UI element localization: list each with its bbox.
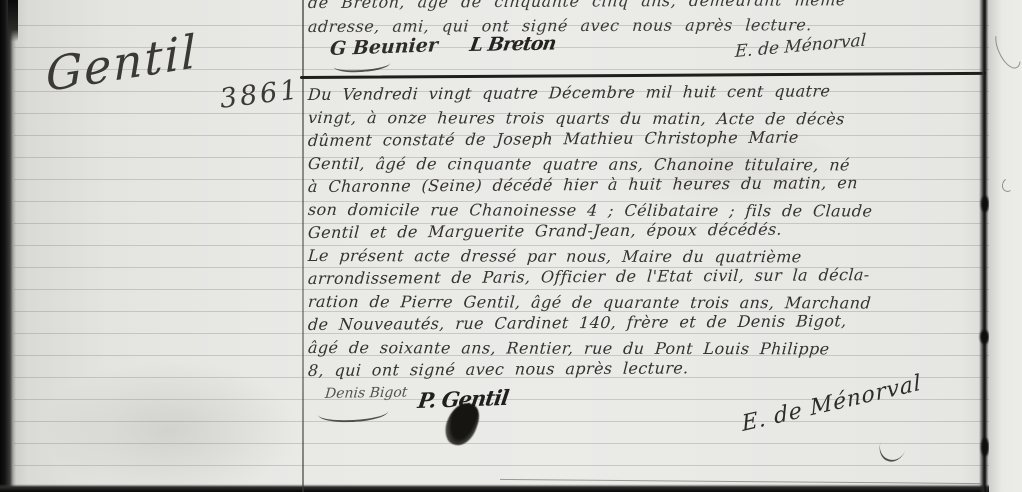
act-line: son domicile rue Chanoinesse 4 ; Célibat… bbox=[307, 200, 873, 220]
bottom-page-edge bbox=[0, 484, 1022, 492]
register-scan: Gentil 3861 de Breton, âgé de cinquante … bbox=[0, 0, 1022, 492]
act-separator-line bbox=[300, 72, 986, 79]
act-line: de Nouveautés, rue Cardinet 140, frère e… bbox=[307, 311, 847, 334]
margin-surname: Gentil bbox=[46, 24, 199, 103]
signature-beunier: G Beunier bbox=[329, 34, 438, 60]
act-line: vingt, à onze heures trois quarts du mat… bbox=[307, 108, 845, 128]
act-line: Du Vendredi vingt quatre Décembre mil hu… bbox=[307, 81, 831, 104]
margin-act-number: 3861 bbox=[218, 74, 302, 115]
margin-rule-line bbox=[302, 0, 304, 492]
page-fold-edge bbox=[979, 0, 989, 492]
act-line: Gentil et de Marguerite Grand-Jean, épou… bbox=[307, 220, 782, 242]
binding-ink-mark bbox=[8, 0, 18, 42]
previous-act-line: de Breton, âgé de cinquante cinq ans, de… bbox=[307, 0, 984, 12]
act-line: dûment constaté de Joseph Mathieu Christ… bbox=[307, 128, 799, 150]
act-line: à Charonne (Seine) décédé hier à huit he… bbox=[307, 173, 858, 196]
fold-ink-blob bbox=[981, 196, 989, 212]
act-line: Gentil, âgé de cinquante quatre ans, Cha… bbox=[307, 154, 850, 174]
left-binding-edge bbox=[0, 0, 16, 492]
signature-menorval-bottom: E. de Ménorval bbox=[741, 370, 923, 437]
previous-act-line: adresse, ami, qui ont signé avec nous ap… bbox=[307, 15, 984, 36]
act-line: ration de Pierre Gentil, âgé de quarante… bbox=[307, 292, 872, 312]
act-line: 8, qui ont signé avec nous après lecture… bbox=[307, 358, 689, 380]
signature-menorval-top: E. de Ménorval bbox=[734, 30, 866, 62]
fold-ink-blob bbox=[980, 330, 989, 344]
signature-bigot: Denis Bigot bbox=[324, 385, 408, 402]
signature-paraph bbox=[875, 427, 910, 466]
paper-stain bbox=[40, 360, 300, 492]
signature-flourish bbox=[318, 402, 389, 424]
act-line: Le présent acte dressé par nous, Maire d… bbox=[307, 246, 802, 266]
fold-ink-blob bbox=[981, 438, 989, 456]
act-line: arrondissement de Paris, Officier de l'E… bbox=[307, 265, 870, 288]
adjacent-page-sliver bbox=[989, 0, 1022, 492]
signature-breton: L Breton bbox=[468, 32, 557, 56]
act-line: âgé de soixante ans, Rentier, rue du Pon… bbox=[307, 338, 830, 358]
